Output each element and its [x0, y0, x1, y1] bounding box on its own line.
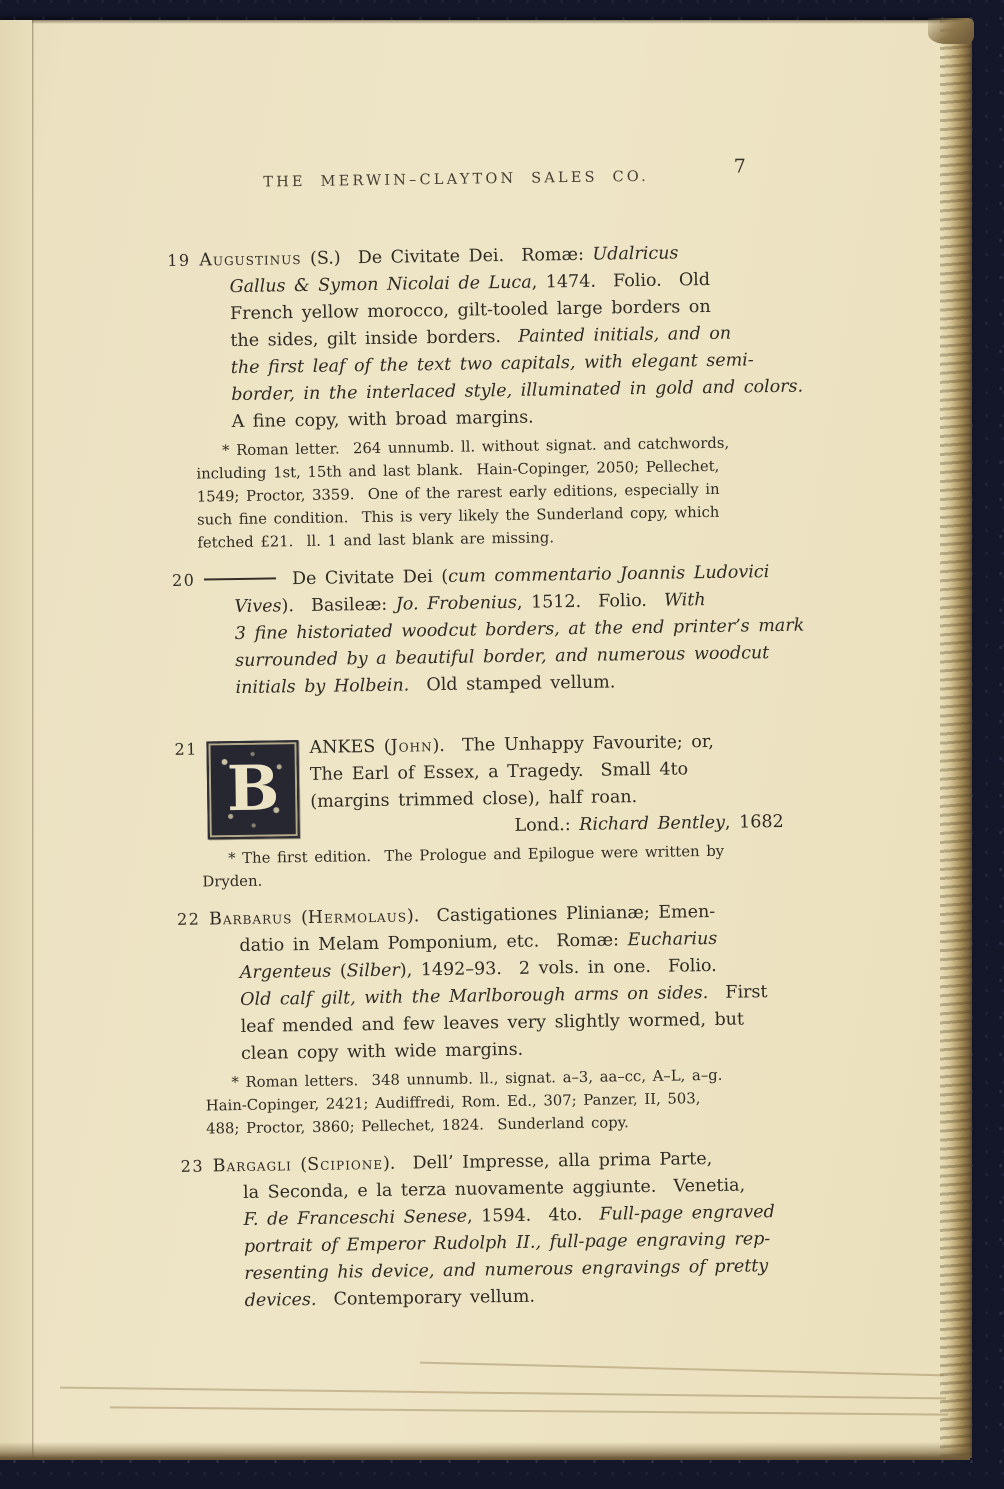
bibliographic-note: * The first edition. The Prologue and Ep…: [176, 839, 789, 894]
text-run: (S.) De Civitate Dei. Romæ:: [301, 245, 592, 269]
text-run: Barbarus: [209, 908, 293, 929]
entry-text: Bargagli (Scipione). Dell’ Impresse, all…: [181, 1145, 795, 1316]
text-run: Full-page engraved: [599, 1202, 775, 1225]
text-run: Hermolaus: [308, 907, 407, 928]
bottom-page-edges: [0, 1442, 970, 1460]
text-run: devices.: [245, 1290, 317, 1311]
text-run: leaf mended and few leaves very slightly…: [240, 1010, 744, 1037]
lot-number: 22: [177, 910, 201, 929]
text-run: such fine condition. This is very likely…: [197, 504, 719, 529]
lot-number: 19: [167, 251, 191, 270]
entry-text: Barbarus (Hermolaus). Castigationes Plin…: [177, 898, 791, 1069]
text-run: Old calf gilt, with the Marlborough arms…: [240, 983, 708, 1010]
text-run: Bargagli: [213, 1155, 292, 1176]
text-run: , 1512. Folio.: [517, 591, 664, 613]
text-run: Scipione: [307, 1154, 383, 1175]
page-stack-edge-line: [420, 1362, 944, 1377]
entry-text: B ANKES (John). The Unhappy Favourite; o…: [206, 728, 788, 845]
text-run: (margins trimmed close), half roan.: [310, 787, 637, 812]
text-run: Silber: [347, 961, 400, 982]
text-run: , 1682: [725, 812, 784, 833]
text-run: Richard Bentley: [579, 813, 725, 835]
text-run: ). Dell’ Impresse, alla prima Parte,: [383, 1149, 712, 1174]
text-run: , 1594. 4to.: [467, 1205, 600, 1227]
text-run: clean copy with wide margins.: [241, 1040, 523, 1064]
text-run: The Earl of Essex, a Tragedy. Small 4to: [310, 759, 688, 785]
page-title: THE MERWIN–CLAYTON SALES CO.: [166, 167, 746, 192]
page-stack-edge-line: [60, 1387, 946, 1400]
page-number: 7: [734, 155, 746, 177]
text-run: Augustinus: [199, 249, 302, 271]
running-head: THE MERWIN–CLAYTON SALES CO. 7: [166, 167, 778, 206]
page-fold-crease: [32, 20, 34, 1458]
catalog-entry-19: 19 Augustinus (S.) De Civitate Dei. Romæ…: [167, 239, 783, 555]
bibliographic-note: * Roman letter. 264 unnumb. ll. without …: [170, 431, 784, 555]
text-run: Lond.:: [514, 815, 579, 836]
catalog-entry-22: 22 Barbarus (Hermolaus). Castigationes P…: [177, 898, 792, 1141]
initial-letter: B: [208, 742, 297, 835]
entry-text: Augustinus (S.) De Civitate Dei. Romæ: U…: [167, 239, 782, 437]
text-run: (: [331, 961, 347, 981]
text-run: resenting his device, and numerous engra…: [244, 1256, 768, 1284]
deckled-fore-edge: [940, 20, 972, 1458]
text-run: First: [708, 982, 768, 1003]
text-run: A fine copy, with broad margins.: [232, 408, 534, 432]
bibliographic-note: * Roman letters. 348 unnumb. ll., signat…: [179, 1063, 792, 1141]
text-run: Old stamped vellum.: [409, 672, 615, 695]
text-run: the sides, gilt inside borders.: [230, 327, 518, 351]
lot-number: 20: [172, 571, 196, 590]
text-run: F. de Franceschi Senese: [243, 1207, 467, 1230]
entry-text: De Civitate Dei (cum commentario Joannis…: [172, 559, 786, 703]
text-run: John: [391, 736, 433, 757]
text-run: Contemporary vellum.: [316, 1287, 535, 1310]
text-run: border, in the interlaced style, illumin…: [231, 377, 803, 405]
printed-text-block: THE MERWIN–CLAYTON SALES CO. 7 19 August…: [166, 167, 795, 1316]
lot-number: 21: [174, 740, 198, 759]
text-run: ). The Unhappy Favourite; or,: [432, 732, 714, 756]
text-run: Jo. Frobenius: [396, 593, 517, 615]
scanned-book-page: THE MERWIN–CLAYTON SALES CO. 7 19 August…: [0, 20, 970, 1458]
text-run: ANKES (: [309, 737, 390, 758]
text-run: , 1474. Folio. Old: [532, 270, 711, 293]
woodcut-initial-B: B: [206, 740, 299, 839]
catalog-entry-20: 20 De Civitate Dei (cum commentario Joan…: [172, 559, 786, 703]
text-run: 3 fine historiated woodcut borders, at t…: [235, 616, 805, 644]
text-run: portrait of Emperor Rudolph II., full-pa…: [244, 1229, 771, 1257]
text-run: fetched £21. ll. 1 and last blank are mi…: [197, 529, 554, 551]
text-run: the first leaf of the text two capitals,…: [231, 350, 754, 378]
text-run: Eucharius: [627, 929, 717, 950]
text-run: Vives: [234, 596, 281, 617]
text-run: surrounded by a beautiful border, and nu…: [235, 643, 769, 671]
text-run: 488; Proctor, 3860; Pellechet, 1824. Sun…: [206, 1114, 629, 1137]
text-run: ). Basileæ:: [281, 595, 396, 617]
page-top-edge-shadow: [0, 20, 970, 24]
text-run: Udalricus: [592, 243, 678, 264]
text-run: Gallus & Symon Nicolai de Luca: [230, 273, 532, 297]
text-run: ). Castigationes Plinianæ; Emen-: [407, 902, 716, 927]
text-run: De Civitate Dei (: [292, 567, 448, 589]
text-run: Painted initials, and on: [518, 324, 731, 347]
page-stack-edge-line: [110, 1406, 948, 1415]
text-run: initials by Holbein.: [235, 675, 409, 698]
text-run: With: [664, 590, 706, 611]
text-run: Dryden.: [202, 873, 262, 891]
catalog-entry-23: 23 Bargagli (Scipione). Dell’ Impresse, …: [181, 1145, 795, 1316]
text-run: (: [292, 1155, 308, 1175]
ditto-dash: [204, 577, 276, 580]
text-run: la Seconda, e la terza nuovamente aggiun…: [243, 1176, 745, 1203]
text-run: ), 1492–93. 2 vols. in one. Folio.: [400, 956, 717, 981]
text-run: * The first edition. The Prologue and Ep…: [228, 843, 724, 867]
text-run: French yellow morocco, gilt-tooled large…: [230, 297, 711, 324]
text-run: datio in Melam Pomponium, etc. Romæ:: [239, 930, 627, 956]
catalog-entry-21: 21 B ANKES (John). The Unhappy Favourite…: [174, 728, 788, 894]
underlying-page-edge: [0, 20, 32, 1458]
lot-number: 23: [181, 1157, 205, 1176]
text-run: cum commentario Joannis Ludovici: [448, 562, 769, 587]
text-run: Argenteus: [240, 962, 332, 983]
entry-line-text: De Civitate Dei (cum commentario Joannis…: [292, 562, 770, 589]
text-run: (: [292, 908, 308, 928]
worn-top-corner: [928, 18, 974, 44]
